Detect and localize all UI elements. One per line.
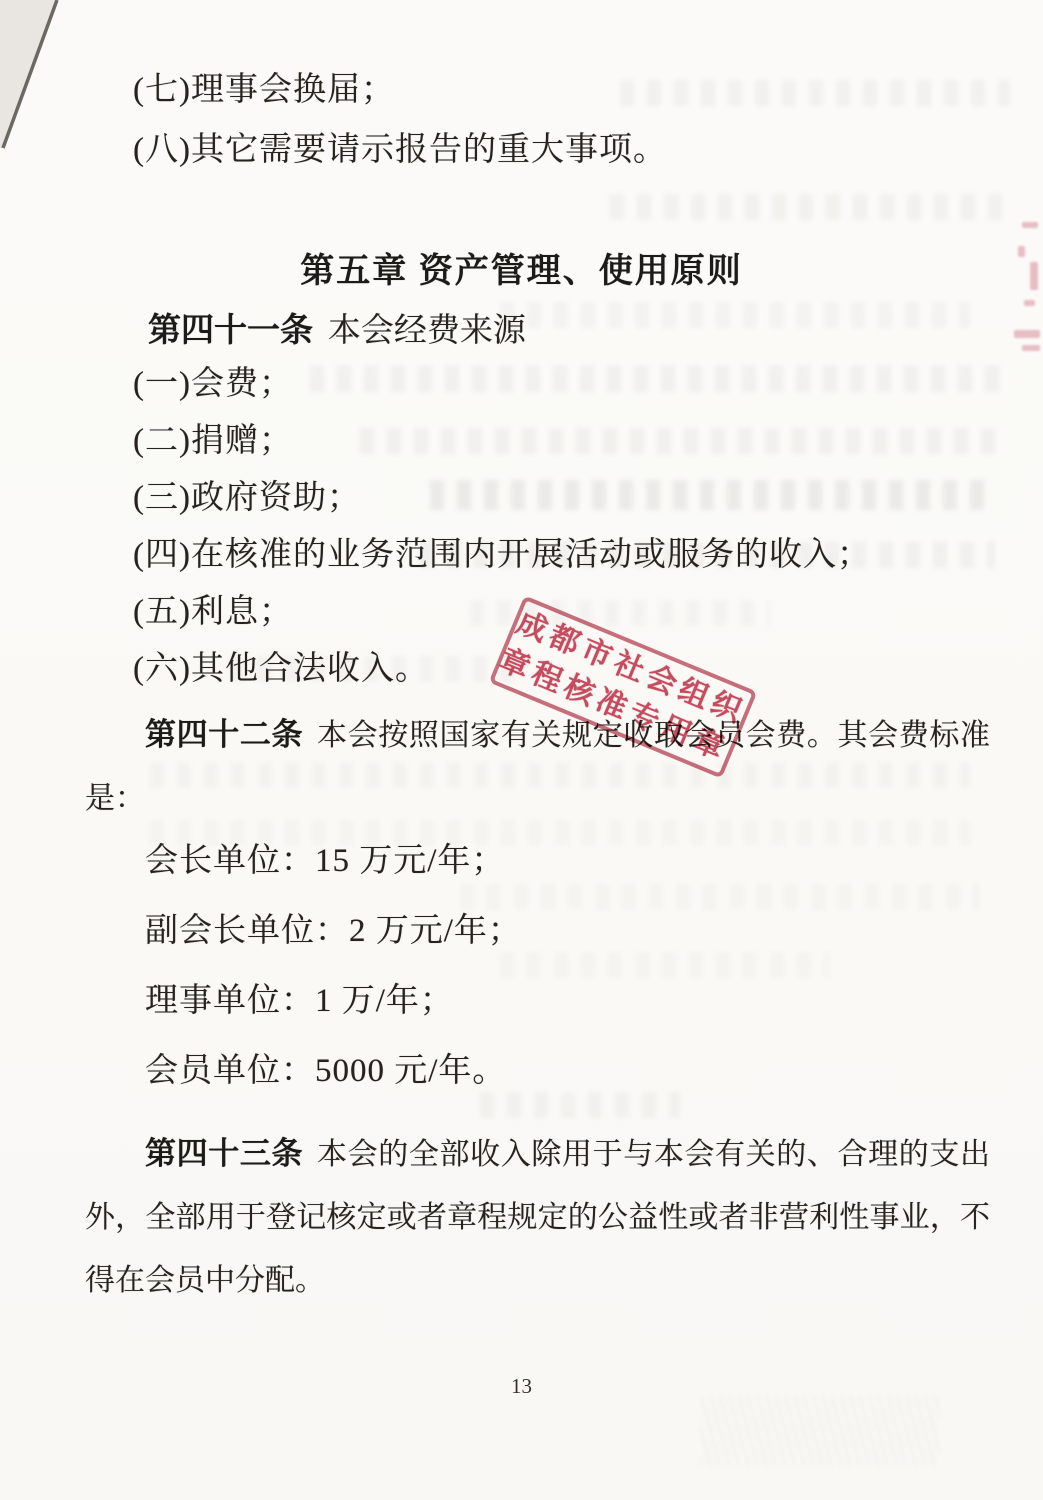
chapter-heading: 第五章 资产管理、使用原则	[0, 243, 1043, 292]
fee-line: 会长单位：15 万元/年；	[145, 826, 522, 896]
page-edge-mark	[1022, 222, 1038, 228]
page-edge-mark	[1024, 300, 1035, 306]
list-item: (五)利息；	[133, 584, 871, 641]
list-item: (四)在核准的业务范围内开展活动或服务的收入；	[133, 527, 871, 584]
page-corner-fold	[0, 0, 120, 200]
bleedthrough-artifact	[500, 952, 830, 978]
article-43-label: 第四十三条	[145, 1136, 303, 1171]
article-43: 第四十三条本会的全部收入除用于与本会有关的、合理的支出外，全部用于登记核定或者章…	[85, 1122, 990, 1312]
page-number: 13	[0, 1374, 1043, 1399]
article-41-label: 第四十一条	[148, 313, 313, 349]
bleedthrough-artifact	[620, 80, 1010, 106]
list-item: (三)政府资助；	[133, 470, 871, 527]
clause-8: (八)其它需要请示报告的重大事项。	[133, 132, 667, 170]
bleedthrough-artifact	[460, 884, 980, 910]
fee-line: 理事单位：1 万/年；	[145, 966, 522, 1036]
fee-schedule: 会长单位：15 万元/年； 副会长单位：2 万元/年； 理事单位：1 万/年； …	[145, 826, 522, 1106]
article-42-label: 第四十二条	[145, 717, 303, 752]
scan-noise-artifact	[700, 1396, 940, 1466]
clause-7: (七)理事会换届；	[133, 72, 395, 110]
list-item: (二)捐赠；	[133, 413, 871, 470]
bleedthrough-artifact	[610, 194, 1010, 220]
page-edge-mark	[1022, 345, 1040, 351]
article-41: 第四十一条本会经费来源	[148, 304, 526, 351]
list-item: (六)其他合法收入。	[133, 641, 871, 698]
article-42: 第四十二条本会按照国家有关规定收取会员会费。其会费标准是：	[85, 703, 990, 830]
article-41-text: 本会经费来源	[328, 313, 526, 349]
fee-line: 副会长单位：2 万元/年；	[145, 896, 522, 966]
list-item: (一)会费；	[133, 356, 871, 413]
bleedthrough-artifact	[500, 302, 970, 328]
fee-line: 会员单位：5000 元/年。	[145, 1036, 522, 1106]
funding-sources-list: (一)会费； (二)捐赠； (三)政府资助； (四)在核准的业务范围内开展活动或…	[133, 356, 871, 698]
scanned-document-page: (七)理事会换届； (八)其它需要请示报告的重大事项。 第五章 资产管理、使用原…	[0, 0, 1043, 1500]
page-edge-mark	[1014, 330, 1040, 338]
